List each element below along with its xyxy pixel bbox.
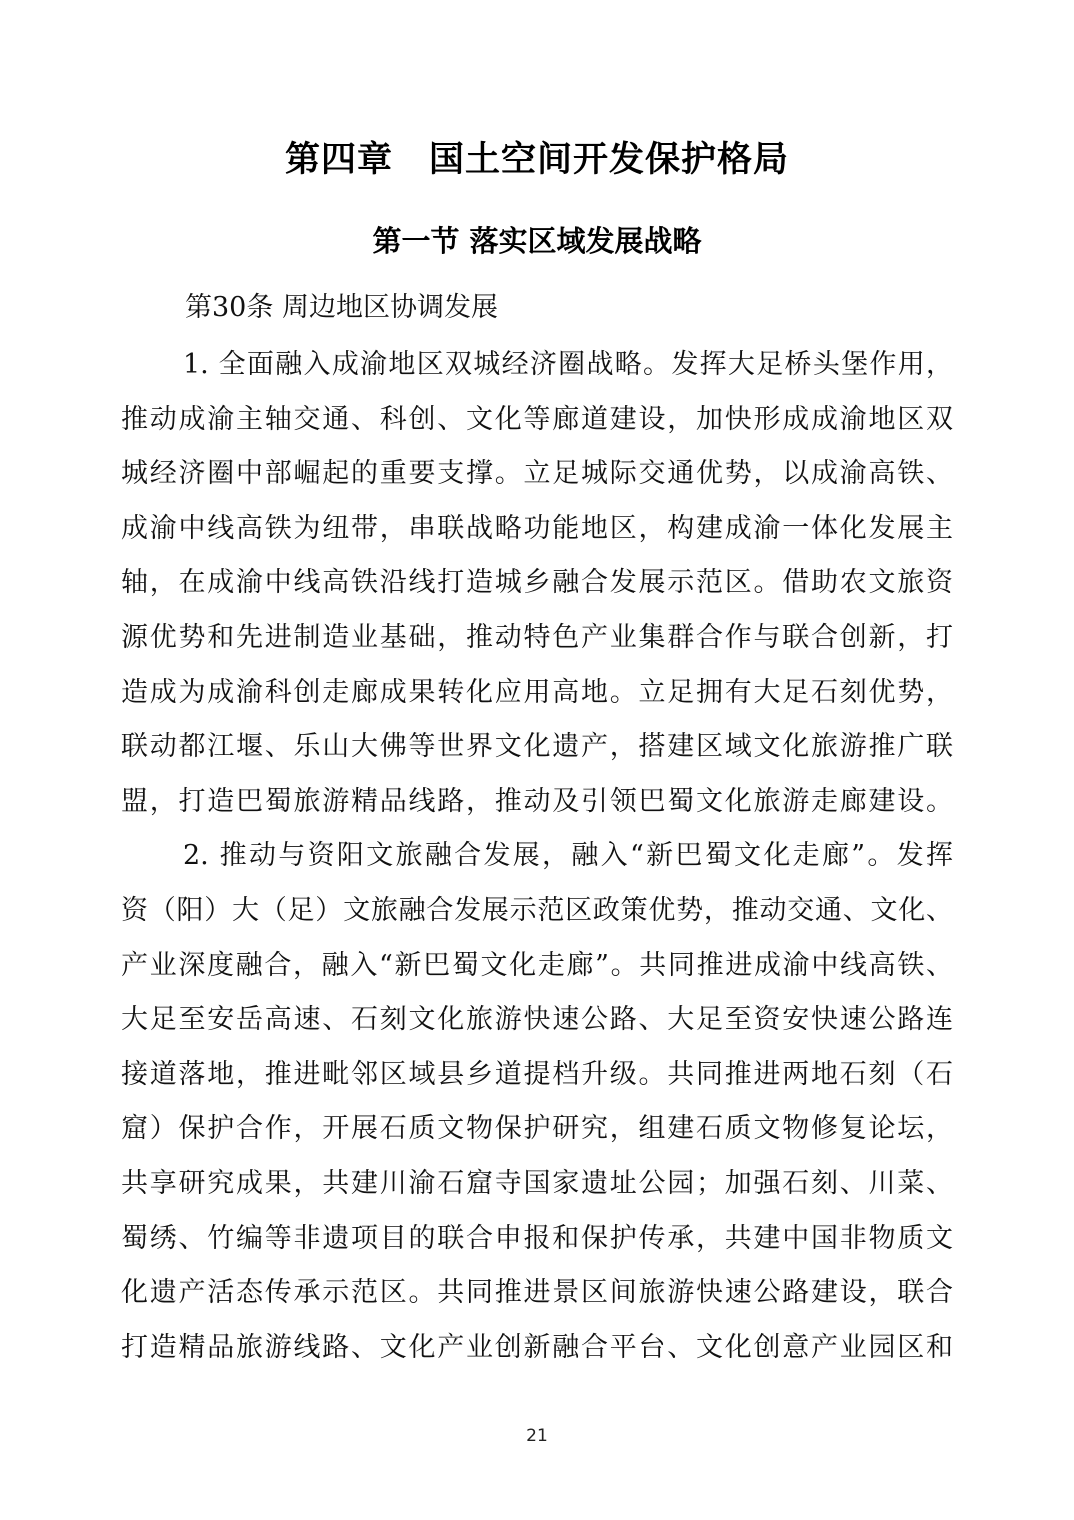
text-line: 蜀绣、竹编等非遗项目的联合申报和保护传承，共建中国非物质文 [121,1212,953,1267]
text-line: 轴，在成渝中线高铁沿线打造城乡融合发展示范区。借助农文旅资 [121,556,953,611]
text-line: 大足至安岳高速、石刻文化旅游快速公路、大足至资安快速公路连 [121,993,953,1048]
text-line: 联动都江堰、乐山大佛等世界文化遗产，搭建区域文化旅游推广联 [121,720,953,775]
text-line: 资（阳）大（足）文旅融合发展示范区政策优势，推动交通、文化、 [121,884,953,939]
article-heading: 第30条 周边地区协调发展 [185,285,498,324]
text-line: 打造精品旅游线路、文化产业创新融合平台、文化创意产业园区和 [121,1321,953,1376]
paragraph: 1. 全面融入成渝地区双城经济圈战略。发挥大足桥头堡作用，推动成渝主轴交通、科创… [121,338,953,829]
text-line: 造成为成渝科创走廊成果转化应用高地。立足拥有大足石刻优势， [121,666,953,721]
text-line: 窟）保护合作，开展石质文物保护研究，组建石质文物修复论坛， [121,1102,953,1157]
page-number: 21 [0,1426,1074,1446]
paragraph: 2. 推动与资阳文旅融合发展，融入“新巴蜀文化走廊”。发挥资（阳）大（足）文旅融… [121,829,953,1375]
chapter-title: 第四章 国土空间开发保护格局 [0,132,1074,182]
text-line: 城经济圈中部崛起的重要支撑。立足城际交通优势，以成渝高铁、 [121,447,953,502]
text-line: 2. 推动与资阳文旅融合发展，融入“新巴蜀文化走廊”。发挥 [121,829,953,884]
text-line: 共享研究成果，共建川渝石窟寺国家遗址公园；加强石刻、川菜、 [121,1157,953,1212]
text-line: 1. 全面融入成渝地区双城经济圈战略。发挥大足桥头堡作用， [121,338,953,393]
text-line: 产业深度融合，融入“新巴蜀文化走廊”。共同推进成渝中线高铁、 [121,939,953,994]
document-page: 第四章 国土空间开发保护格局 第一节 落实区域发展战略 第30条 周边地区协调发… [0,0,1074,1520]
text-line: 盟，打造巴蜀旅游精品线路，推动及引领巴蜀文化旅游走廊建设。 [121,775,953,830]
body-paragraphs: 1. 全面融入成渝地区双城经济圈战略。发挥大足桥头堡作用，推动成渝主轴交通、科创… [121,338,953,1375]
text-line: 源优势和先进制造业基础，推动特色产业集群合作与联合创新，打 [121,611,953,666]
text-line: 推动成渝主轴交通、科创、文化等廊道建设，加快形成成渝地区双 [121,393,953,448]
text-line: 接道落地，推进毗邻区域县乡道提档升级。共同推进两地石刻（石 [121,1048,953,1103]
text-line: 化遗产活态传承示范区。共同推进景区间旅游快速公路建设，联合 [121,1266,953,1321]
text-line: 成渝中线高铁为纽带，串联战略功能地区，构建成渝一体化发展主 [121,502,953,557]
section-title: 第一节 落实区域发展战略 [0,219,1074,260]
